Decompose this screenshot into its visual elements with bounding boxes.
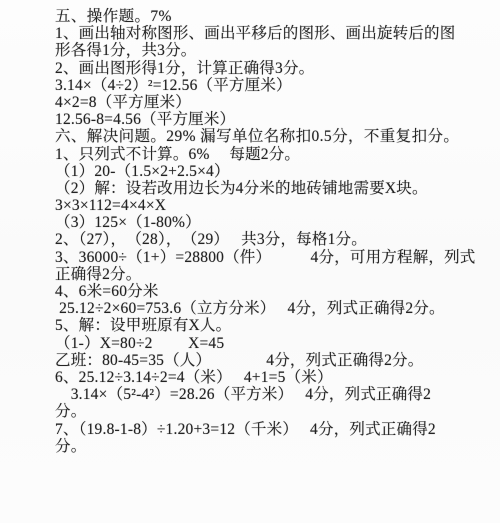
doc-line: 25.12÷2×60=753.6（立方分米） 4分，列式正确得2分。 xyxy=(55,300,490,317)
doc-line: 3.14×（5²-4²）=28.26（平方米） 4分，列式正确得2 xyxy=(55,386,490,403)
section-six-heading: 六、解决问题。29% 漏写单位名称扣0.5分，不重复扣分。 xyxy=(55,128,490,145)
doc-line: 4×2=8（平方厘米） xyxy=(55,94,490,111)
doc-line: 3、36000÷（1+）=28800（件） 4分，可用方程解，列式 xyxy=(55,249,490,266)
doc-line: 4、6米=60分米 xyxy=(55,283,490,300)
doc-line: 分。 xyxy=(55,403,490,420)
doc-line: 乙班：80-45=35（人） 4分，列式正确得2分。 xyxy=(55,352,490,369)
doc-line: （1）20-（1.5×2+2.5×4） xyxy=(55,163,490,180)
doc-line: 5、解：设甲班原有X人。 xyxy=(55,317,490,334)
doc-line: （1-）X=80÷2 X=45 xyxy=(55,335,490,352)
doc-line: 形各得1分，共3分。 xyxy=(55,42,490,59)
exam-answer-document: 五、操作题。7% 1、画出轴对称图形、画出平移后的图形、画出旋转后的图 形各得1… xyxy=(0,0,500,523)
doc-line: 6、25.12÷3.14÷2=4（米） 4+1=5（米） xyxy=(55,369,490,386)
doc-line: 正确得2分。 xyxy=(55,266,490,283)
doc-line: 2、（27）， （28）， （29） 共3分，每格1分。 xyxy=(55,231,490,248)
doc-line: （3）125×（1-80%） xyxy=(55,214,490,231)
doc-line: 3×3×112=4×4×X xyxy=(55,197,490,214)
doc-line: 分。 xyxy=(55,438,490,455)
doc-line: 1、只列式不计算。6% 每题2分。 xyxy=(55,146,490,163)
doc-line: 3.14×（4÷2）²=12.56（平方厘米） xyxy=(55,77,490,94)
doc-line: 2、画出图形得1分，计算正确得3分。 xyxy=(55,60,490,77)
section-five-heading: 五、操作题。7% xyxy=(55,8,490,25)
doc-line: 12.56-8=4.56（平方厘米） xyxy=(55,111,490,128)
doc-line: 1、画出轴对称图形、画出平移后的图形、画出旋转后的图 xyxy=(55,25,490,42)
doc-line: （2）解：设若改用边长为4分米的地砖铺地需要X块。 xyxy=(55,180,490,197)
doc-line: 7、（19.8-1-8）÷1.20+3=12（千米） 4分，列式正确得2 xyxy=(55,421,490,438)
